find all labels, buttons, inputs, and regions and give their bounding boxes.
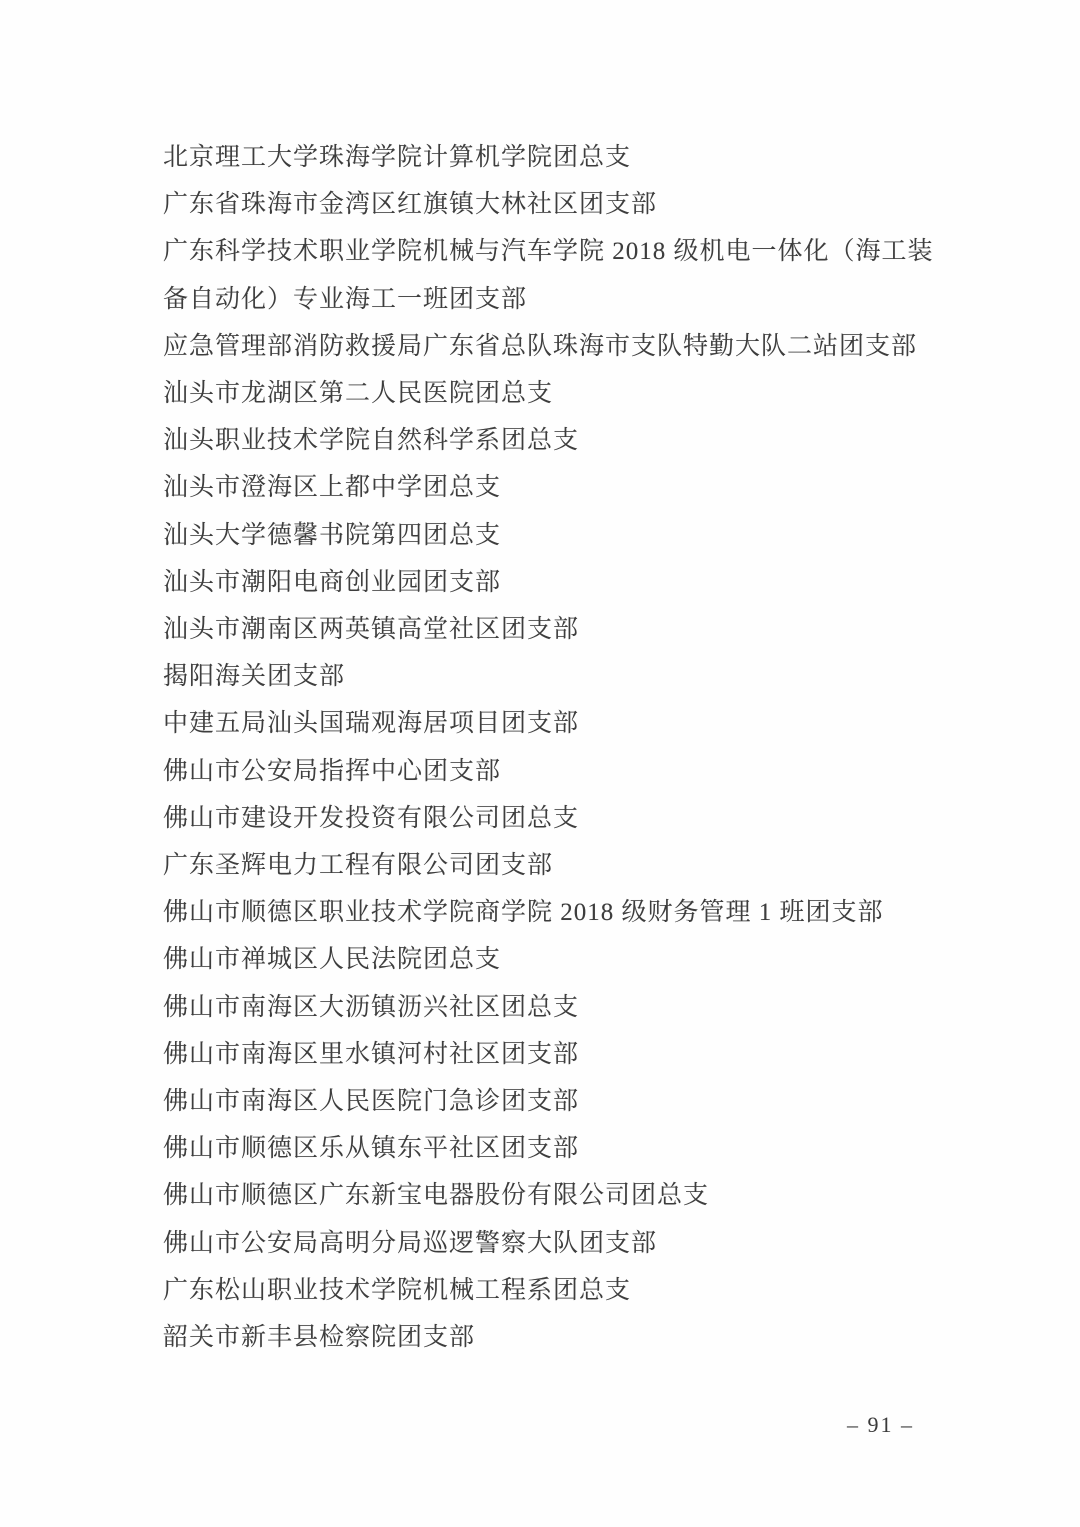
list-item: 汕头市龙湖区第二人民医院团总支 xyxy=(163,370,943,417)
document-page: 北京理工大学珠海学院计算机学院团总支广东省珠海市金湾区红旗镇大林社区团支部广东科… xyxy=(0,0,1080,1527)
list-item: 韶关市新丰县检察院团支部 xyxy=(163,1314,943,1361)
list-item: 汕头职业技术学院自然科学系团总支 xyxy=(163,417,943,464)
list-item: 汕头市潮阳电商创业园团支部 xyxy=(163,559,943,606)
list-item: 佛山市公安局高明分局巡逻警察大队团支部 xyxy=(163,1220,943,1267)
page-number: – 91 – xyxy=(847,1410,914,1440)
list-item: 佛山市禅城区人民法院团总支 xyxy=(163,936,943,983)
list-item: 广东松山职业技术学院机械工程系团总支 xyxy=(163,1267,943,1314)
list-item: 应急管理部消防救援局广东省总队珠海市支队特勤大队二站团支部 xyxy=(163,323,943,370)
list-item: 北京理工大学珠海学院计算机学院团总支 xyxy=(163,134,943,181)
list-item: 汕头市潮南区两英镇高堂社区团支部 xyxy=(163,606,943,653)
list-item: 佛山市顺德区职业技术学院商学院 2018 级财务管理 1 班团支部 xyxy=(163,889,943,936)
list-item: 中建五局汕头国瑞观海居项目团支部 xyxy=(163,700,943,747)
list-item: 佛山市顺德区乐从镇东平社区团支部 xyxy=(163,1125,943,1172)
list-item: 佛山市南海区里水镇河村社区团支部 xyxy=(163,1031,943,1078)
list-item: 佛山市公安局指挥中心团支部 xyxy=(163,748,943,795)
list-item: 佛山市南海区人民医院门急诊团支部 xyxy=(163,1078,943,1125)
org-name-list: 北京理工大学珠海学院计算机学院团总支广东省珠海市金湾区红旗镇大林社区团支部广东科… xyxy=(163,134,943,1361)
list-item: 汕头市澄海区上都中学团总支 xyxy=(163,464,943,511)
list-item: 佛山市顺德区广东新宝电器股份有限公司团总支 xyxy=(163,1172,943,1219)
list-item: 广东省珠海市金湾区红旗镇大林社区团支部 xyxy=(163,181,943,228)
list-item: 揭阳海关团支部 xyxy=(163,653,943,700)
list-item: 汕头大学德馨书院第四团总支 xyxy=(163,512,943,559)
list-item: 广东圣辉电力工程有限公司团支部 xyxy=(163,842,943,889)
list-item: 佛山市建设开发投资有限公司团总支 xyxy=(163,795,943,842)
list-item: 广东科学技术职业学院机械与汽车学院 2018 级机电一体化（海工装备自动化）专业… xyxy=(163,228,943,322)
list-item: 佛山市南海区大沥镇沥兴社区团总支 xyxy=(163,984,943,1031)
